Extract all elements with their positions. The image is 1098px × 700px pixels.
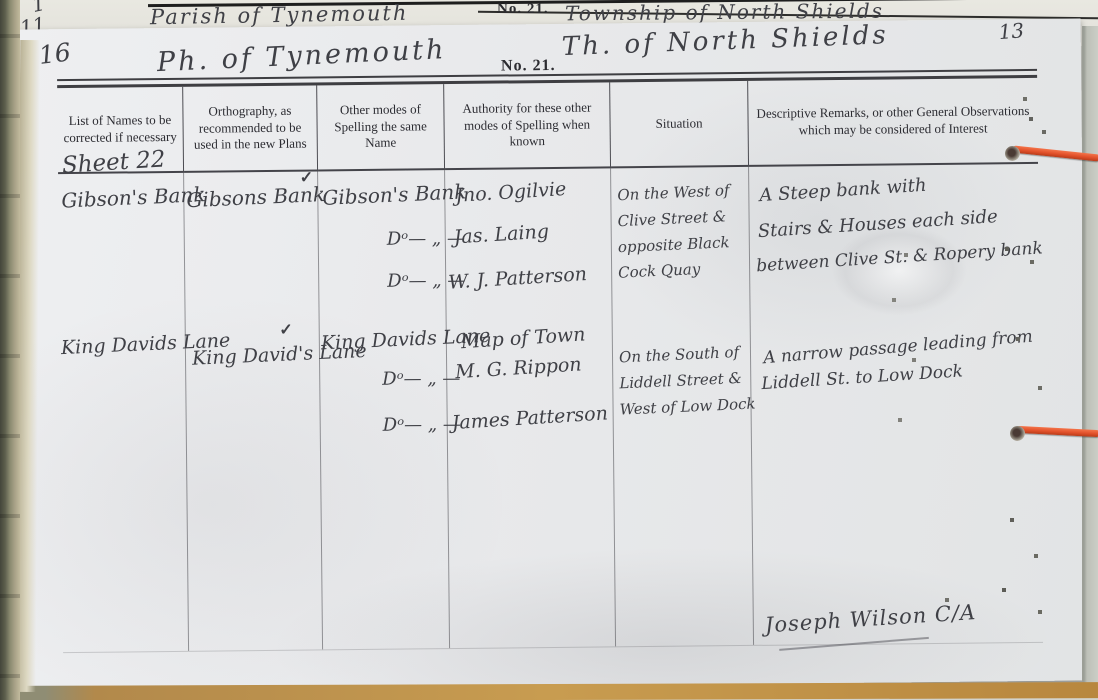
remark-line: between Clive St. & Ropery bank [756, 238, 1044, 276]
binding-eyelet [1005, 146, 1020, 161]
name-book-table: List of Names to be corrected if necessa… [57, 75, 1043, 653]
column-header-label: Situation [656, 115, 703, 132]
authority-entry: Map of Town [460, 323, 586, 353]
table-body: Gibson's Bank King Davids Lane Gibsons B… [58, 164, 1043, 653]
column-situation: On the West of Clive Street & opposite B… [611, 167, 754, 646]
column-header-authority: Authority for these other modes of Spell… [444, 82, 611, 170]
authority-entry: Jno. Ogilvie [455, 178, 567, 207]
situation-line: Clive Street & [617, 207, 726, 230]
scanned-register-photo: 1 11 Parish of Tynemouth No. 21. Townshi… [0, 0, 1098, 700]
binding-eyelet [1010, 426, 1025, 441]
column-remarks: A Steep bank with Stairs & Houses each s… [749, 164, 1043, 645]
remark-line: Liddell St. to Low Dock [761, 361, 964, 394]
parish-title-handwritten: Ph. of Tynemouth [156, 34, 447, 78]
situation-line: Cock Quay [618, 260, 701, 282]
table-surface [0, 682, 1098, 700]
remark-line: A Steep bank with [759, 175, 927, 206]
authority-entry: M. G. Rippon [455, 353, 583, 383]
page-number-right: 13 [998, 18, 1025, 44]
column-authority: Jno. Ogilvie Jas. Laing W. J. Patterson … [445, 168, 616, 648]
situation-line: West of Low Dock [619, 395, 756, 419]
page-number-left: 16 [37, 37, 72, 69]
column-names: Gibson's Bank King Davids Lane [58, 173, 189, 652]
spine-texture [0, 0, 20, 700]
sheet-no-label: No. 21. [501, 57, 556, 76]
column-other-modes: Gibson's Bank Dᵒ— „ — Dᵒ— „ — King David… [318, 170, 450, 649]
remark-line: A narrow passage leading from [763, 327, 1034, 369]
column-header-other-modes: Other modes of Spelling the same Name [317, 84, 445, 171]
column-header-situation: Situation [610, 81, 749, 168]
situation-line: On the South of [619, 343, 740, 366]
column-header-label: Authority for these other modes of Spell… [447, 99, 607, 151]
column-header-names: List of Names to be corrected if necessa… [57, 87, 184, 174]
previous-page-no-label: No. 21. [497, 1, 549, 18]
township-title-handwritten: Th. of North Shields [561, 20, 889, 62]
authority-entry: W. J. Patterson [448, 263, 588, 294]
situation-line: On the West of [617, 181, 730, 204]
table-header-row: List of Names to be corrected if necessa… [57, 75, 1038, 174]
ink-speckles [0, 0, 2, 2]
book-gutter [1082, 26, 1098, 688]
authority-entry: Jas. Laing [453, 221, 549, 249]
situation-line: Liddell Street & [619, 369, 742, 393]
column-header-label: List of Names to be corrected if necessa… [60, 112, 179, 146]
column-header-label: Other modes of Spelling the same Name [320, 101, 441, 152]
authority-entry: James Patterson [451, 402, 608, 434]
register-page: 16 Ph. of Tynemouth No. 21. Th. of North… [17, 18, 1088, 691]
check-mark: ✓ [279, 320, 293, 340]
column-header-label: Descriptive Remarks, or other General Ob… [751, 103, 1034, 139]
column-orthography: Gibsons Bank ✓ King David's Lane ✓ [184, 171, 323, 650]
column-header-orthography: Orthography, as recommended to be used i… [183, 85, 318, 172]
situation-line: opposite Black [618, 233, 730, 256]
column-header-remarks: Descriptive Remarks, or other General Ob… [748, 78, 1038, 167]
column-header-label: Orthography, as recommended to be used i… [186, 103, 314, 154]
check-mark: ✓ [300, 167, 314, 187]
remark-line: Stairs & Houses each side [757, 206, 998, 242]
